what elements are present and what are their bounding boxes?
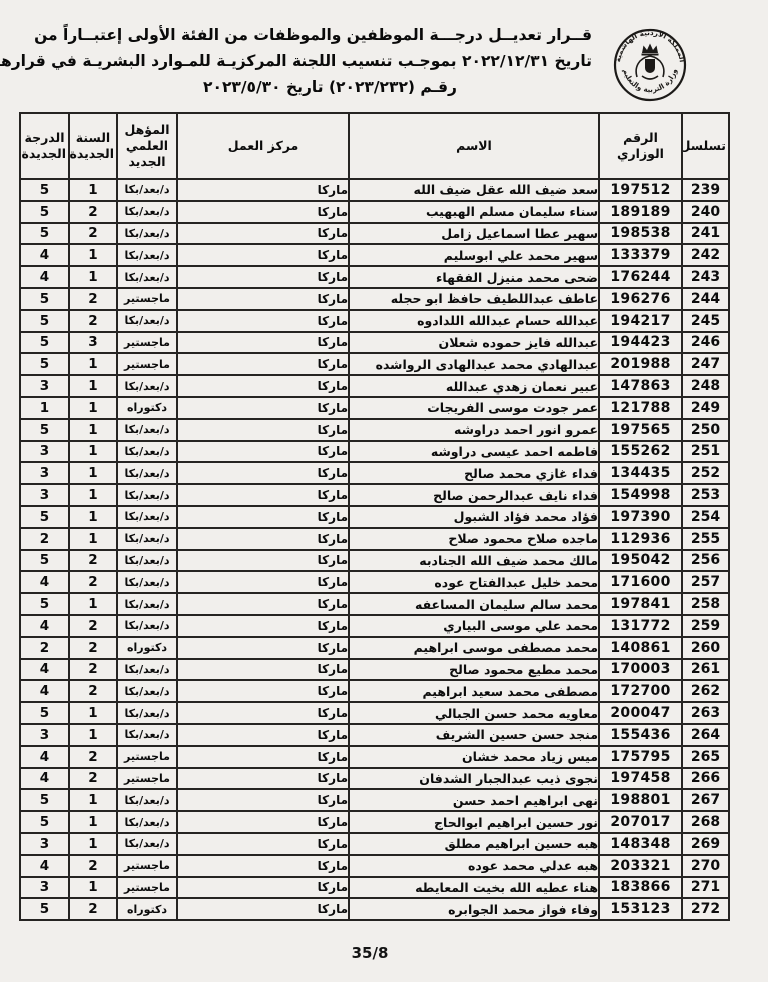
table-row: 264155436منجد حسن حسين الشريفماركاد/بعد/…	[20, 724, 729, 746]
ministry-logo: المملكة الاردنية الهاشمية وزارة التربية …	[612, 27, 688, 103]
cell-year: 1	[69, 244, 117, 266]
cell-year: 2	[69, 637, 117, 659]
cell-serial: 271	[682, 877, 729, 899]
cell-grade: 5	[20, 310, 69, 332]
cell-work_center: ماركا	[177, 833, 349, 855]
table-row: 248147863عبير نعمان زهدي عبداللهماركاد/ب…	[20, 375, 729, 397]
cell-qualification: ماجستير	[117, 288, 177, 310]
cell-year: 2	[69, 768, 117, 790]
cell-name: فاطمه احمد عيسى دراوشه	[349, 441, 599, 463]
table-row: 254197390فؤاد محمد فؤاد الشبولماركاد/بعد…	[20, 506, 729, 528]
cell-grade: 3	[20, 877, 69, 899]
cell-work_center: ماركا	[177, 659, 349, 681]
cell-qualification: د/بعد/بكا	[117, 789, 177, 811]
cell-ministry_no: 147863	[599, 375, 682, 397]
cell-ministry_no: 154998	[599, 484, 682, 506]
cell-ministry_no: 189189	[599, 201, 682, 223]
cell-qualification: د/بعد/بكا	[117, 201, 177, 223]
cell-work_center: ماركا	[177, 680, 349, 702]
cell-qualification: د/بعد/بكا	[117, 833, 177, 855]
cell-work_center: ماركا	[177, 288, 349, 310]
cell-name: محمد علي موسى البياري	[349, 615, 599, 637]
cell-name: هناء عطيه الله بخيت المعايطه	[349, 877, 599, 899]
cell-year: 3	[69, 332, 117, 354]
cell-name: سهير محمد علي ابوسليم	[349, 244, 599, 266]
cell-qualification: د/بعد/بكا	[117, 244, 177, 266]
cell-year: 2	[69, 746, 117, 768]
cell-name: نجوى ذيب عبدالجبار الشدفان	[349, 768, 599, 790]
cell-ministry_no: 134435	[599, 462, 682, 484]
cell-qualification: د/بعد/بكا	[117, 310, 177, 332]
cell-ministry_no: 194217	[599, 310, 682, 332]
table-row: 245194217عبدالله حسام عبدالله اللدادوهما…	[20, 310, 729, 332]
cell-qualification: د/بعد/بكا	[117, 550, 177, 572]
cell-ministry_no: 196276	[599, 288, 682, 310]
cell-grade: 4	[20, 768, 69, 790]
cell-year: 1	[69, 528, 117, 550]
table-row: 252134435فداء غازي محمد صالحماركاد/بعد/ب…	[20, 462, 729, 484]
cell-work_center: ماركا	[177, 353, 349, 375]
cell-serial: 240	[682, 201, 729, 223]
cell-ministry_no: 155262	[599, 441, 682, 463]
cell-grade: 5	[20, 702, 69, 724]
table-row: 271183866هناء عطيه الله بخيت المعايطهمار…	[20, 877, 729, 899]
table-row: 240189189سناء سليمان مسلم الهبهيبماركاد/…	[20, 201, 729, 223]
cell-serial: 245	[682, 310, 729, 332]
cell-ministry_no: 112936	[599, 528, 682, 550]
table-row: 244196276عاطف عبداللطيف حافظ ابو حجلهمار…	[20, 288, 729, 310]
cell-qualification: ماجستير	[117, 877, 177, 899]
cell-name: ماجده صلاح محمود صلاح	[349, 528, 599, 550]
cell-year: 1	[69, 462, 117, 484]
cell-year: 2	[69, 898, 117, 920]
cell-year: 1	[69, 789, 117, 811]
cell-ministry_no: 131772	[599, 615, 682, 637]
cell-name: نهى ابراهيم احمد حسن	[349, 789, 599, 811]
table-row: 270203321هبه عدلي محمد عودهماركاماجستير2…	[20, 855, 729, 877]
cell-serial: 269	[682, 833, 729, 855]
cell-qualification: ماجستير	[117, 353, 177, 375]
cell-qualification: دكتوراه	[117, 898, 177, 920]
cell-grade: 4	[20, 746, 69, 768]
cell-grade: 4	[20, 244, 69, 266]
cell-grade: 5	[20, 332, 69, 354]
table-row: 246194423عبدالله فايز حموده شعلانماركاما…	[20, 332, 729, 354]
cell-work_center: ماركا	[177, 571, 349, 593]
column-header-name: الاسم	[349, 113, 599, 179]
cell-work_center: ماركا	[177, 811, 349, 833]
title-line-3: رقـم (٢٠٢٣/٢٣٢) تاريخ ٢٠٢٣/٥/٣٠	[68, 74, 592, 100]
cell-name: ميس زياد محمد خشان	[349, 746, 599, 768]
cell-ministry_no: 197458	[599, 768, 682, 790]
employee-grade-table: تسلسل الرقم الوزاري الاسم مركز العمل الم…	[19, 112, 730, 921]
cell-serial: 259	[682, 615, 729, 637]
cell-work_center: ماركا	[177, 332, 349, 354]
table-row: 257171600محمد خليل عبدالفتاح عودهماركاد/…	[20, 571, 729, 593]
table-row: 241198538سهير عطا اسماعيل زاملماركاد/بعد…	[20, 223, 729, 245]
cell-ministry_no: 197841	[599, 593, 682, 615]
title-line-1: قــرار تعديــل درجـــة الموظفين والموظفا…	[68, 22, 592, 48]
cell-year: 2	[69, 680, 117, 702]
table-row: 256195042مالك محمد ضيف الله الجنادبهمارك…	[20, 550, 729, 572]
cell-ministry_no: 171600	[599, 571, 682, 593]
table-row: 260140861محمد مصطفى موسى ابراهيمماركادكت…	[20, 637, 729, 659]
cell-grade: 4	[20, 615, 69, 637]
cell-qualification: د/بعد/بكا	[117, 571, 177, 593]
table-row: 262172700مصطفى محمد سعيد ابراهيمماركاد/ب…	[20, 680, 729, 702]
cell-serial: 264	[682, 724, 729, 746]
cell-serial: 250	[682, 419, 729, 441]
cell-qualification: د/بعد/بكا	[117, 441, 177, 463]
cell-year: 1	[69, 506, 117, 528]
cell-grade: 2	[20, 528, 69, 550]
cell-work_center: ماركا	[177, 615, 349, 637]
cell-qualification: د/بعد/بكا	[117, 615, 177, 637]
table-row: 247201988عبدالهادي محمد عبدالهادى الرواش…	[20, 353, 729, 375]
cell-work_center: ماركا	[177, 789, 349, 811]
cell-serial: 267	[682, 789, 729, 811]
cell-work_center: ماركا	[177, 702, 349, 724]
cell-serial: 261	[682, 659, 729, 681]
cell-year: 2	[69, 201, 117, 223]
cell-grade: 5	[20, 506, 69, 528]
cell-grade: 3	[20, 484, 69, 506]
cell-work_center: ماركا	[177, 898, 349, 920]
cell-serial: 249	[682, 397, 729, 419]
cell-ministry_no: 203321	[599, 855, 682, 877]
table-row: 239197512سعد ضيف الله عقل ضيف اللهماركاد…	[20, 179, 729, 201]
cell-year: 1	[69, 397, 117, 419]
cell-year: 1	[69, 179, 117, 201]
column-header-qualification: المؤهل العلمي الجديد	[117, 113, 177, 179]
table-row: 265175795ميس زياد محمد خشانماركاماجستير2…	[20, 746, 729, 768]
cell-work_center: ماركا	[177, 724, 349, 746]
cell-grade: 5	[20, 593, 69, 615]
table-row: 242133379سهير محمد علي ابوسليمماركاد/بعد…	[20, 244, 729, 266]
cell-qualification: د/بعد/بكا	[117, 506, 177, 528]
cell-ministry_no: 198538	[599, 223, 682, 245]
cell-serial: 247	[682, 353, 729, 375]
cell-year: 1	[69, 484, 117, 506]
cell-grade: 5	[20, 789, 69, 811]
cell-serial: 265	[682, 746, 729, 768]
cell-work_center: ماركا	[177, 223, 349, 245]
jordan-royal-crest-seal-icon: المملكة الاردنية الهاشمية وزارة التربية …	[612, 27, 688, 103]
cell-work_center: ماركا	[177, 484, 349, 506]
cell-qualification: د/بعد/بكا	[117, 702, 177, 724]
cell-year: 2	[69, 571, 117, 593]
column-header-serial: تسلسل	[682, 113, 729, 179]
cell-work_center: ماركا	[177, 746, 349, 768]
cell-qualification: د/بعد/بكا	[117, 724, 177, 746]
cell-serial: 241	[682, 223, 729, 245]
cell-serial: 268	[682, 811, 729, 833]
cell-year: 2	[69, 550, 117, 572]
cell-name: معاويه محمد حسن الجبالي	[349, 702, 599, 724]
cell-ministry_no: 197565	[599, 419, 682, 441]
cell-name: هبه عدلي محمد عوده	[349, 855, 599, 877]
cell-grade: 4	[20, 855, 69, 877]
cell-grade: 2	[20, 637, 69, 659]
cell-year: 1	[69, 833, 117, 855]
cell-qualification: د/بعد/بكا	[117, 375, 177, 397]
cell-name: وفاء فواز محمد الجوابره	[349, 898, 599, 920]
table-row: 255112936ماجده صلاح محمود صلاحماركاد/بعد…	[20, 528, 729, 550]
cell-work_center: ماركا	[177, 637, 349, 659]
cell-ministry_no: 148348	[599, 833, 682, 855]
table-row: 258197841محمد سالم سليمان المساعفهماركاد…	[20, 593, 729, 615]
cell-serial: 256	[682, 550, 729, 572]
table-row: 272153123وفاء فواز محمد الجوابرهماركادكت…	[20, 898, 729, 920]
cell-name: محمد سالم سليمان المساعفه	[349, 593, 599, 615]
cell-serial: 258	[682, 593, 729, 615]
cell-work_center: ماركا	[177, 462, 349, 484]
cell-name: ضحى محمد منيزل الفقهاء	[349, 266, 599, 288]
table-row: 269148348هبه حسين ابراهيم مطلقماركاد/بعد…	[20, 833, 729, 855]
cell-work_center: ماركا	[177, 877, 349, 899]
cell-name: محمد مطيع محمود صالح	[349, 659, 599, 681]
cell-serial: 263	[682, 702, 729, 724]
table-row: 249121788عمر جودت موسى الفريجاتماركادكتو…	[20, 397, 729, 419]
cell-grade: 4	[20, 266, 69, 288]
cell-qualification: ماجستير	[117, 768, 177, 790]
cell-ministry_no: 153123	[599, 898, 682, 920]
cell-ministry_no: 176244	[599, 266, 682, 288]
cell-work_center: ماركا	[177, 506, 349, 528]
cell-serial: 246	[682, 332, 729, 354]
table-row: 250197565عمرو انور احمد دراوشهماركاد/بعد…	[20, 419, 729, 441]
cell-work_center: ماركا	[177, 310, 349, 332]
cell-year: 1	[69, 811, 117, 833]
table-row: 268207017نور حسين ابراهيم ابوالحاجماركاد…	[20, 811, 729, 833]
cell-name: سهير عطا اسماعيل زامل	[349, 223, 599, 245]
cell-name: محمد مصطفى موسى ابراهيم	[349, 637, 599, 659]
cell-grade: 5	[20, 288, 69, 310]
cell-qualification: د/بعد/بكا	[117, 811, 177, 833]
cell-name: محمد خليل عبدالفتاح عوده	[349, 571, 599, 593]
cell-work_center: ماركا	[177, 201, 349, 223]
cell-ministry_no: 200047	[599, 702, 682, 724]
cell-name: عمر جودت موسى الفريجات	[349, 397, 599, 419]
cell-ministry_no: 140861	[599, 637, 682, 659]
cell-grade: 3	[20, 462, 69, 484]
cell-name: مالك محمد ضيف الله الجنادبه	[349, 550, 599, 572]
table-row: 263200047معاويه محمد حسن الجباليماركاد/ب…	[20, 702, 729, 724]
cell-serial: 239	[682, 179, 729, 201]
cell-serial: 270	[682, 855, 729, 877]
cell-grade: 3	[20, 375, 69, 397]
cell-year: 1	[69, 702, 117, 724]
cell-qualification: د/بعد/بكا	[117, 528, 177, 550]
cell-name: عبير نعمان زهدي عبدالله	[349, 375, 599, 397]
cell-serial: 248	[682, 375, 729, 397]
table-row: 261170003محمد مطيع محمود صالحماركاد/بعد/…	[20, 659, 729, 681]
cell-serial: 272	[682, 898, 729, 920]
cell-serial: 254	[682, 506, 729, 528]
cell-serial: 260	[682, 637, 729, 659]
cell-ministry_no: 175795	[599, 746, 682, 768]
cell-grade: 3	[20, 724, 69, 746]
cell-grade: 3	[20, 833, 69, 855]
cell-grade: 5	[20, 898, 69, 920]
cell-serial: 243	[682, 266, 729, 288]
cell-ministry_no: 198801	[599, 789, 682, 811]
cell-grade: 1	[20, 397, 69, 419]
cell-year: 1	[69, 419, 117, 441]
page-number: 35/8	[330, 944, 410, 962]
cell-year: 2	[69, 223, 117, 245]
cell-name: سعد ضيف الله عقل ضيف الله	[349, 179, 599, 201]
cell-qualification: د/بعد/بكا	[117, 419, 177, 441]
cell-ministry_no: 183866	[599, 877, 682, 899]
cell-name: فؤاد محمد فؤاد الشبول	[349, 506, 599, 528]
cell-ministry_no: 197512	[599, 179, 682, 201]
cell-work_center: ماركا	[177, 550, 349, 572]
cell-work_center: ماركا	[177, 855, 349, 877]
cell-serial: 244	[682, 288, 729, 310]
cell-name: مصطفى محمد سعيد ابراهيم	[349, 680, 599, 702]
cell-qualification: د/بعد/بكا	[117, 223, 177, 245]
cell-grade: 5	[20, 550, 69, 572]
cell-qualification: ماجستير	[117, 855, 177, 877]
cell-ministry_no: 172700	[599, 680, 682, 702]
cell-year: 1	[69, 877, 117, 899]
cell-qualification: د/بعد/بكا	[117, 484, 177, 506]
cell-year: 2	[69, 615, 117, 637]
cell-name: هبه حسين ابراهيم مطلق	[349, 833, 599, 855]
cell-year: 1	[69, 441, 117, 463]
table-body: 239197512سعد ضيف الله عقل ضيف اللهماركاد…	[20, 179, 729, 920]
cell-serial: 266	[682, 768, 729, 790]
column-header-year: السنة الجديدة	[69, 113, 117, 179]
cell-qualification: د/بعد/بكا	[117, 680, 177, 702]
cell-work_center: ماركا	[177, 375, 349, 397]
cell-name: عبدالله حسام عبدالله اللدادوه	[349, 310, 599, 332]
cell-work_center: ماركا	[177, 593, 349, 615]
cell-serial: 262	[682, 680, 729, 702]
column-header-ministry-no: الرقم الوزاري	[599, 113, 682, 179]
cell-work_center: ماركا	[177, 528, 349, 550]
cell-work_center: ماركا	[177, 179, 349, 201]
cell-work_center: ماركا	[177, 397, 349, 419]
title-line-2: تاريخ ٢٠٢٢/١٢/٣١ بموجـب تنسيب اللجنة الم…	[68, 48, 592, 74]
cell-grade: 5	[20, 353, 69, 375]
cell-qualification: د/بعد/بكا	[117, 659, 177, 681]
cell-year: 2	[69, 855, 117, 877]
cell-grade: 5	[20, 179, 69, 201]
cell-ministry_no: 121788	[599, 397, 682, 419]
cell-grade: 5	[20, 419, 69, 441]
cell-qualification: ماجستير	[117, 746, 177, 768]
cell-serial: 255	[682, 528, 729, 550]
cell-name: عمرو انور احمد دراوشه	[349, 419, 599, 441]
cell-serial: 252	[682, 462, 729, 484]
cell-ministry_no: 133379	[599, 244, 682, 266]
cell-serial: 257	[682, 571, 729, 593]
cell-ministry_no: 170003	[599, 659, 682, 681]
cell-qualification: د/بعد/بكا	[117, 266, 177, 288]
cell-year: 1	[69, 375, 117, 397]
table-row: 253154998فداء نايف عبدالرحمن صالحماركاد/…	[20, 484, 729, 506]
cell-year: 2	[69, 310, 117, 332]
cell-grade: 5	[20, 201, 69, 223]
cell-qualification: د/بعد/بكا	[117, 593, 177, 615]
document-page: المملكة الاردنية الهاشمية وزارة التربية …	[0, 0, 768, 982]
cell-ministry_no: 195042	[599, 550, 682, 572]
cell-grade: 4	[20, 659, 69, 681]
table-row: 251155262فاطمه احمد عيسى دراوشهماركاد/بع…	[20, 441, 729, 463]
cell-qualification: د/بعد/بكا	[117, 462, 177, 484]
cell-grade: 5	[20, 223, 69, 245]
cell-year: 1	[69, 724, 117, 746]
cell-name: سناء سليمان مسلم الهبهيب	[349, 201, 599, 223]
cell-serial: 253	[682, 484, 729, 506]
cell-ministry_no: 155436	[599, 724, 682, 746]
cell-serial: 242	[682, 244, 729, 266]
cell-work_center: ماركا	[177, 419, 349, 441]
cell-qualification: ماجستير	[117, 332, 177, 354]
cell-ministry_no: 197390	[599, 506, 682, 528]
column-header-work-center: مركز العمل	[177, 113, 349, 179]
table-row: 266197458نجوى ذيب عبدالجبار الشدفانماركا…	[20, 768, 729, 790]
cell-name: عاطف عبداللطيف حافظ ابو حجله	[349, 288, 599, 310]
table-row: 243176244ضحى محمد منيزل الفقهاءماركاد/بع…	[20, 266, 729, 288]
cell-grade: 5	[20, 811, 69, 833]
cell-grade: 4	[20, 680, 69, 702]
cell-year: 2	[69, 288, 117, 310]
cell-name: منجد حسن حسين الشريف	[349, 724, 599, 746]
cell-name: عبدالله فايز حموده شعلان	[349, 332, 599, 354]
cell-year: 1	[69, 353, 117, 375]
cell-work_center: ماركا	[177, 244, 349, 266]
cell-year: 2	[69, 659, 117, 681]
column-header-grade: الدرجة الجديدة	[20, 113, 69, 179]
cell-work_center: ماركا	[177, 768, 349, 790]
cell-qualification: دكتوراه	[117, 637, 177, 659]
cell-grade: 3	[20, 441, 69, 463]
cell-name: فداء نايف عبدالرحمن صالح	[349, 484, 599, 506]
table-row: 267198801نهى ابراهيم احمد حسنماركاد/بعد/…	[20, 789, 729, 811]
table-row: 259131772محمد علي موسى البياريماركاد/بعد…	[20, 615, 729, 637]
cell-work_center: ماركا	[177, 266, 349, 288]
table-header-row: تسلسل الرقم الوزاري الاسم مركز العمل الم…	[20, 113, 729, 179]
cell-ministry_no: 207017	[599, 811, 682, 833]
cell-year: 1	[69, 266, 117, 288]
cell-ministry_no: 194423	[599, 332, 682, 354]
cell-serial: 251	[682, 441, 729, 463]
cell-name: نور حسين ابراهيم ابوالحاج	[349, 811, 599, 833]
cell-qualification: دكتوراه	[117, 397, 177, 419]
cell-qualification: د/بعد/بكا	[117, 179, 177, 201]
cell-name: فداء غازي محمد صالح	[349, 462, 599, 484]
cell-work_center: ماركا	[177, 441, 349, 463]
cell-year: 1	[69, 593, 117, 615]
cell-ministry_no: 201988	[599, 353, 682, 375]
cell-name: عبدالهادي محمد عبدالهادى الرواشده	[349, 353, 599, 375]
document-title: قــرار تعديــل درجـــة الموظفين والموظفا…	[68, 22, 592, 100]
cell-grade: 4	[20, 571, 69, 593]
